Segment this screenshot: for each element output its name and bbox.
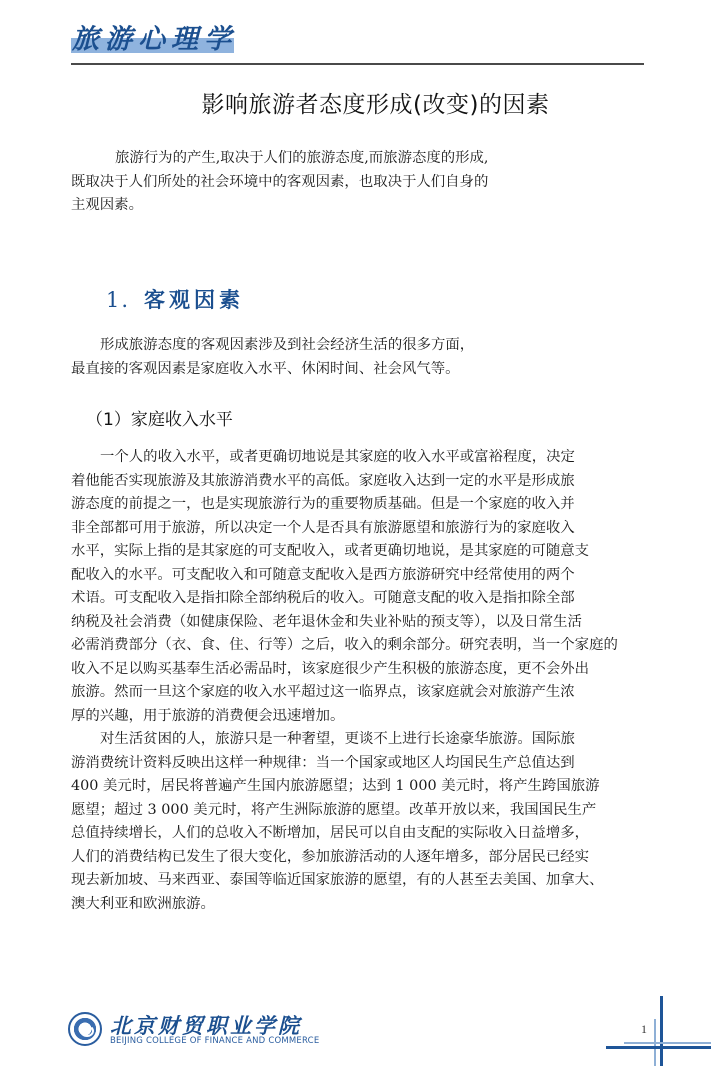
header-divider: [71, 63, 644, 65]
body-paragraph-1: 一个人的收入水平，或者更确切地说是其家庭的收入水平或富裕程度，决定 着他能否实现…: [71, 446, 618, 728]
text-line: 一个人的收入水平，或者更确切地说是其家庭的收入水平或富裕程度，决定: [71, 446, 618, 470]
section-number: 1.: [106, 288, 130, 312]
text-line: 400 美元时，居民将普遍产生国内旅游愿望；达到 1 000 美元时，将产生跨国…: [71, 775, 603, 799]
text-line: 最直接的客观因素是家庭收入水平、休闲时间、社会风气等。: [71, 358, 474, 382]
text-line: 愿望；超过 3 000 美元时，将产生洲际旅游的愿望。改革开放以来，我国国民生产: [71, 799, 603, 823]
text-line: 配收入的水平。可支配收入和可随意支配收入是西方旅游研究中经常使用的两个: [71, 564, 618, 588]
subsection-heading: （1）家庭收入水平: [86, 405, 233, 430]
corner-decoration-line: [624, 1042, 711, 1044]
text-line: 游态度的前提之一，也是实现旅游行为的重要物质基础。但是一个家庭的收入并: [71, 493, 618, 517]
text-line: 人们的消费结构已发生了很大变化，参加旅游活动的人逐年增多，部分居民已经实: [71, 846, 603, 870]
body-paragraph-2: 对生活贫困的人，旅游只是一种奢望，更谈不上进行长途豪华旅游。国际旅 游消费统计资…: [71, 728, 603, 916]
college-seal-icon: [68, 1012, 102, 1046]
page-number: 1: [641, 1022, 647, 1037]
section-intro-paragraph: 形成旅游态度的客观因素涉及到社会经济生活的很多方面， 最直接的客观因素是家庭收入…: [71, 334, 474, 381]
text-line: 厚的兴趣，用于旅游的消费便会迅速增加。: [71, 705, 618, 729]
book-title: 旅游心理学: [72, 22, 237, 58]
section-heading: 1.客观因素: [106, 284, 244, 314]
text-line: 术语。可支配收入是指扣除全部纳税后的收入。可随意支配的收入是指扣除全部: [71, 587, 618, 611]
text-line: 旅游行为的产生,取决于人们的旅游态度,而旅游态度的形成,: [71, 147, 489, 171]
section-title: 客观因素: [144, 288, 244, 312]
text-line: 非全部都可用于旅游，所以决定一个人是否具有旅游愿望和旅游行为的家庭收入: [71, 517, 618, 541]
corner-decoration-line: [606, 1046, 711, 1049]
document-title: 影响旅游者态度形成(改变)的因素: [0, 86, 711, 119]
college-name-en: BEIJING COLLEGE OF FINANCE AND COMMERCE: [110, 1036, 319, 1046]
text-line: 总值持续增长，人们的总收入不断增加，居民可以自由支配的实际收入日益增多，: [71, 822, 603, 846]
text-line: 纳税及社会消费（如健康保险、老年退休金和失业补贴的预支等），以及日常生活: [71, 611, 618, 635]
text-line: 既取决于人们所处的社会环境中的客观因素，也取决于人们自身的: [71, 171, 489, 195]
text-line: 澳大利亚和欧洲旅游。: [71, 893, 603, 917]
text-line: 水平，实际上指的是其家庭的可支配收入，或者更确切地说，是其家庭的可随意支: [71, 540, 618, 564]
text-line: 收入不足以购买基奉生活必需品时，该家庭很少产生积极的旅游态度，更不会外出: [71, 658, 618, 682]
text-line: 必需消费部分（衣、食、住、行等）之后，收入的剩余部分。研究表明，当一个家庭的: [71, 634, 618, 658]
text-line: 现去新加坡、马来西亚、泰国等临近国家旅游的愿望，有的人甚至去美国、加拿大、: [71, 869, 603, 893]
text-line: 游消费统计资料反映出这样一种规律：当一个国家或地区人均国民生产总值达到: [71, 752, 603, 776]
text-line: 旅游。然而一旦这个家庭的收入水平超过这一临界点，该家庭就会对旅游产生浓: [71, 681, 618, 705]
text-line: 形成旅游态度的客观因素涉及到社会经济生活的很多方面，: [71, 334, 474, 358]
text-line: 主观因素。: [71, 194, 489, 218]
text-line: 着他能否实现旅游及其旅游消费水平的高低。家庭收入达到一定的水平是形成旅: [71, 470, 618, 494]
corner-decoration-line: [660, 996, 663, 1066]
seal-emblem-icon: [80, 1025, 94, 1037]
intro-paragraph: 旅游行为的产生,取决于人们的旅游态度,而旅游态度的形成, 既取决于人们所处的社会…: [71, 147, 489, 218]
text-line: 对生活贫困的人，旅游只是一种奢望，更谈不上进行长途豪华旅游。国际旅: [71, 728, 603, 752]
